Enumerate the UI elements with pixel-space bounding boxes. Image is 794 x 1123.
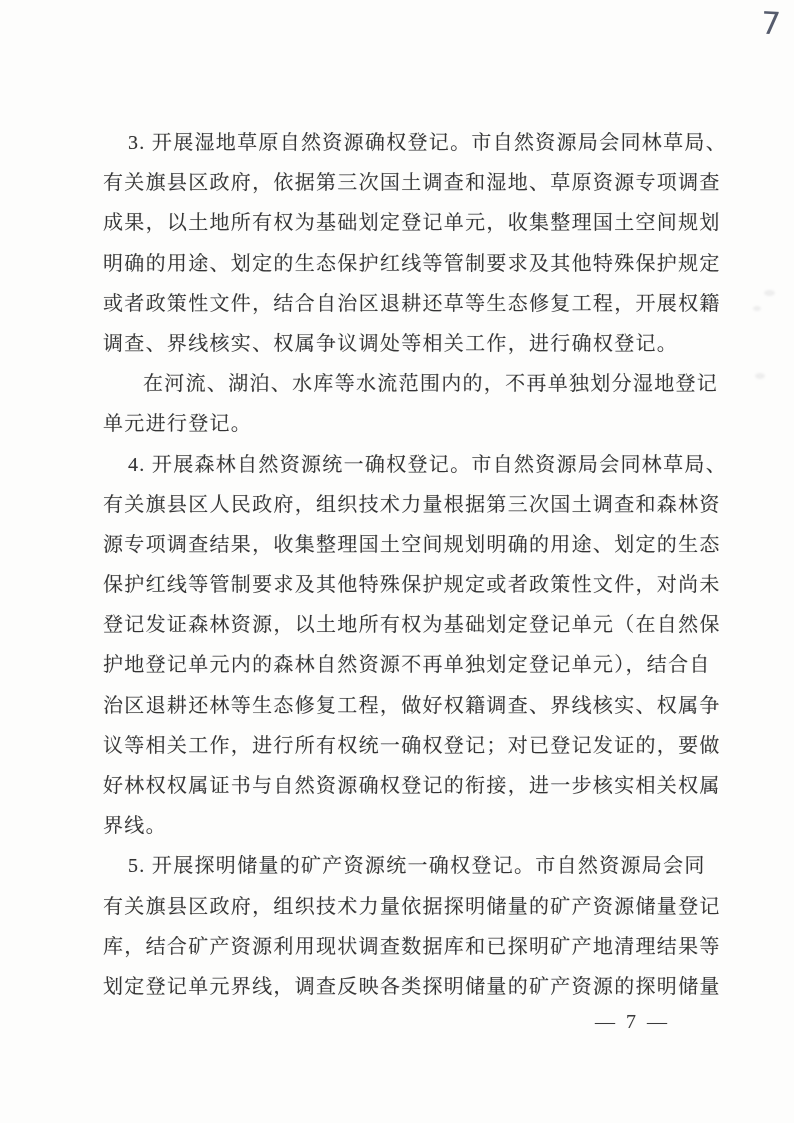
text-line: 调查、界线核实、权属争议调处等相关工作，进行确权登记。 [103, 324, 700, 364]
text-line: 4. 开展森林自然资源统一确权登记。市自然资源局会同林草局、 [103, 445, 700, 485]
text-line: 划定登记单元界线，调查反映各类探明储量的矿产资源的探明储量 [103, 967, 700, 1007]
scan-artifact [764, 290, 775, 296]
handwritten-page-number: 7 [760, 9, 781, 41]
text-line: 登记发证森林资源，以土地所有权为基础划定登记单元（在自然保 [103, 605, 700, 645]
scan-artifact [755, 373, 765, 379]
text-line: 5. 开展探明储量的矿产资源统一确权登记。市自然资源局会同 [103, 846, 700, 886]
text-line: 有关旗县区政府，组织技术力量依据探明储量的矿产资源储量登记 [103, 887, 700, 927]
text-line: 议等相关工作，进行所有权统一确权登记；对已登记发证的，要做 [103, 726, 700, 766]
text-line: 明确的用途、划定的生态保护红线等管制要求及其他特殊保护规定 [103, 244, 700, 284]
text-line: 库，结合矿产资源利用现状调查数据库和已探明矿产地清理结果等 [103, 927, 700, 967]
text-line: 成果，以土地所有权为基础划定登记单元，收集整理国土空间规划 [103, 203, 700, 243]
text-line: 护地登记单元内的森林自然资源不再单独划定登记单元），结合自 [103, 645, 700, 685]
page-number-footer: — 7 — [595, 1011, 670, 1034]
text-line: 或者政策性文件，结合自治区退耕还草等生态修复工程，开展权籍 [103, 284, 700, 324]
text-line: 有关旗县区人民政府，组织技术力量根据第三次国土调查和森林资 [103, 485, 700, 525]
text-line: 3. 开展湿地草原自然资源确权登记。市自然资源局会同林草局、 [103, 123, 700, 163]
document-body: 3. 开展湿地草原自然资源确权登记。市自然资源局会同林草局、有关旗县区政府，依据… [103, 123, 700, 1007]
text-line: 治区退耕还林等生态修复工程，做好权籍调查、界线核实、权属争 [103, 686, 700, 726]
text-line: 界线。 [103, 806, 700, 846]
text-line: 好林权权属证书与自然资源确权登记的衔接，进一步核实相关权属 [103, 766, 700, 806]
text-line: 源专项调查结果，收集整理国土空间规划明确的用途、划定的生态 [103, 525, 700, 565]
text-line: 在河流、湖泊、水库等水流范围内的，不再单独划分湿地登记 [103, 364, 700, 404]
scanned-document-page: 7 3. 开展湿地草原自然资源确权登记。市自然资源局会同林草局、有关旗县区政府，… [0, 0, 794, 1123]
text-line: 有关旗县区政府，依据第三次国土调查和湿地、草原资源专项调查 [103, 163, 700, 203]
text-line: 保护红线等管制要求及其他特殊保护规定或者政策性文件，对尚未 [103, 565, 700, 605]
text-line: 单元进行登记。 [103, 404, 700, 444]
scan-artifact [753, 306, 761, 311]
